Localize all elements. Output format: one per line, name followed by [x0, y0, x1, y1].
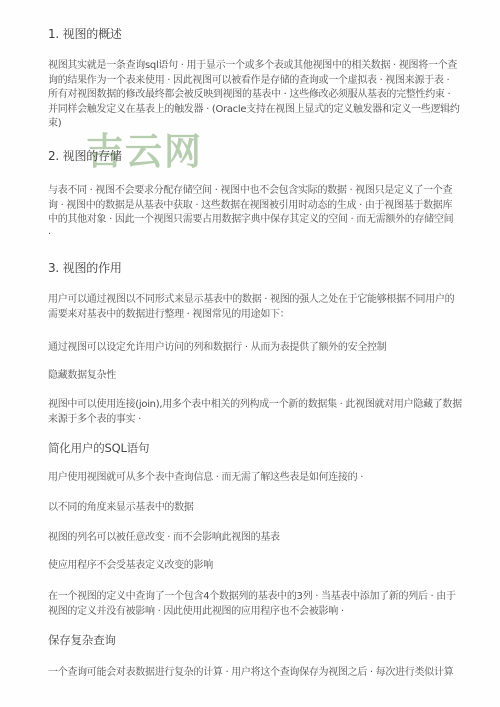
paragraph-line: 视图中可以使用连接(join),用多个表中相关的列构成一个新的数据集 · 此视图… — [48, 398, 462, 413]
paragraph-line: 来源于多个表的事实 · — [48, 413, 462, 428]
paragraph: 使应用程序不会受基表定义改变的影响 — [48, 559, 213, 574]
paragraph: 与表不同 · 视图不会要求分配存储空间 · 视图中也不会包含实际的数据 · 视图… — [48, 184, 453, 242]
paragraph: 视图的列名可以被任意改变 · 而不会影响此视图的基表 — [48, 531, 280, 546]
paragraph-line: 用户可以通过视图以不同形式来显示基表中的数据 · 视图的强人之处在于它能够根据不… — [48, 293, 454, 308]
subheading-save-complex-query: 保存复杂查询 — [48, 634, 116, 647]
paragraph-line: 视图的定义并没有被影响 · 因此使用此视图的应用程序也不会被影响 · — [48, 605, 456, 620]
paragraph: 视图中可以使用连接(join),用多个表中相关的列构成一个新的数据集 · 此视图… — [48, 398, 462, 427]
paragraph-line: 视图的列名可以被任意改变 · 而不会影响此视图的基表 — [48, 531, 280, 546]
section-heading-3: 3. 视图的作用 — [48, 262, 122, 275]
paragraph-line: 使应用程序不会受基表定义改变的影响 — [48, 559, 213, 574]
paragraph-line: 通过视图可以设定允许用户访问的列和数据行 · 从而为表提供了额外的安全控制 — [48, 341, 386, 356]
paragraph-line: 询 · 视图中的数据是从基表中获取 · 这些数据在视图被引用时动态的生成 · 由… — [48, 199, 453, 214]
paragraph: 用户可以通过视图以不同形式来显示基表中的数据 · 视图的强人之处在于它能够根据不… — [48, 293, 454, 322]
paragraph-line: 一个查询可能会对表数据进行复杂的计算 · 用户将这个查询保存为视图之后 · 每次… — [48, 666, 453, 681]
paragraph-line: 询的结果作为一个表来使用 · 因此视图可以被看作是存储的查询或一个虚拟表 · 视… — [48, 74, 460, 89]
paragraph-line: 以不同的角度来显示基表中的数据 — [48, 501, 194, 516]
paragraph-line: 需要来对基表中的数据进行整理 · 视图常见的用途如下： — [48, 308, 454, 323]
paragraph: 通过视图可以设定允许用户访问的列和数据行 · 从而为表提供了额外的安全控制 — [48, 341, 386, 356]
paragraph: 在一个视图的定义中查询了一个包含4个数据列的基表中的3列 · 当基表中添加了新的… — [48, 590, 456, 619]
paragraph-line: 所有对视图数据的修改最终都会被反映到视图的基表中 · 这些修改必须服从基表的完整… — [48, 88, 460, 103]
paragraph-line: · — [48, 228, 453, 243]
section-heading-1: 1. 视图的概述 — [48, 28, 122, 41]
document-page: 吉云网 1. 视图的概述 视图其实就是一条查询sql语句 · 用于显示一个或多个… — [0, 0, 500, 707]
subheading-simplify-sql: 简化用户的SQL语句 — [48, 442, 149, 455]
paragraph: 用户使用视图就可从多个表中查询信息 · 而无需了解这些表是如何连接的 · — [48, 471, 363, 486]
paragraph-line: 与表不同 · 视图不会要求分配存储空间 · 视图中也不会包含实际的数据 · 视图… — [48, 184, 453, 199]
section-heading-2: 2. 视图的存储 — [48, 150, 122, 163]
paragraph-line: 在一个视图的定义中查询了一个包含4个数据列的基表中的3列 · 当基表中添加了新的… — [48, 590, 456, 605]
paragraph-line: 并同样会触发定义在基表上的触发器 · (Oracle支持在视图上显式的定义触发器… — [48, 103, 460, 118]
paragraph: 视图其实就是一条查询sql语句 · 用于显示一个或多个表或其他视图中的相关数据 … — [48, 59, 460, 132]
paragraph-line: 用户使用视图就可从多个表中查询信息 · 而无需了解这些表是如何连接的 · — [48, 471, 363, 486]
paragraph-line: 束) — [48, 117, 460, 132]
paragraph-line: 隐藏数据复杂性 — [48, 369, 116, 384]
paragraph: 一个查询可能会对表数据进行复杂的计算 · 用户将这个查询保存为视图之后 · 每次… — [48, 666, 453, 681]
paragraph-line: 中的其他对象 · 因此一个视图只需要占用数据字典中保存其定义的空间 · 而无需额… — [48, 213, 453, 228]
paragraph-line: 视图其实就是一条查询sql语句 · 用于显示一个或多个表或其他视图中的相关数据 … — [48, 59, 460, 74]
paragraph: 以不同的角度来显示基表中的数据 — [48, 501, 194, 516]
paragraph: 隐藏数据复杂性 — [48, 369, 116, 384]
